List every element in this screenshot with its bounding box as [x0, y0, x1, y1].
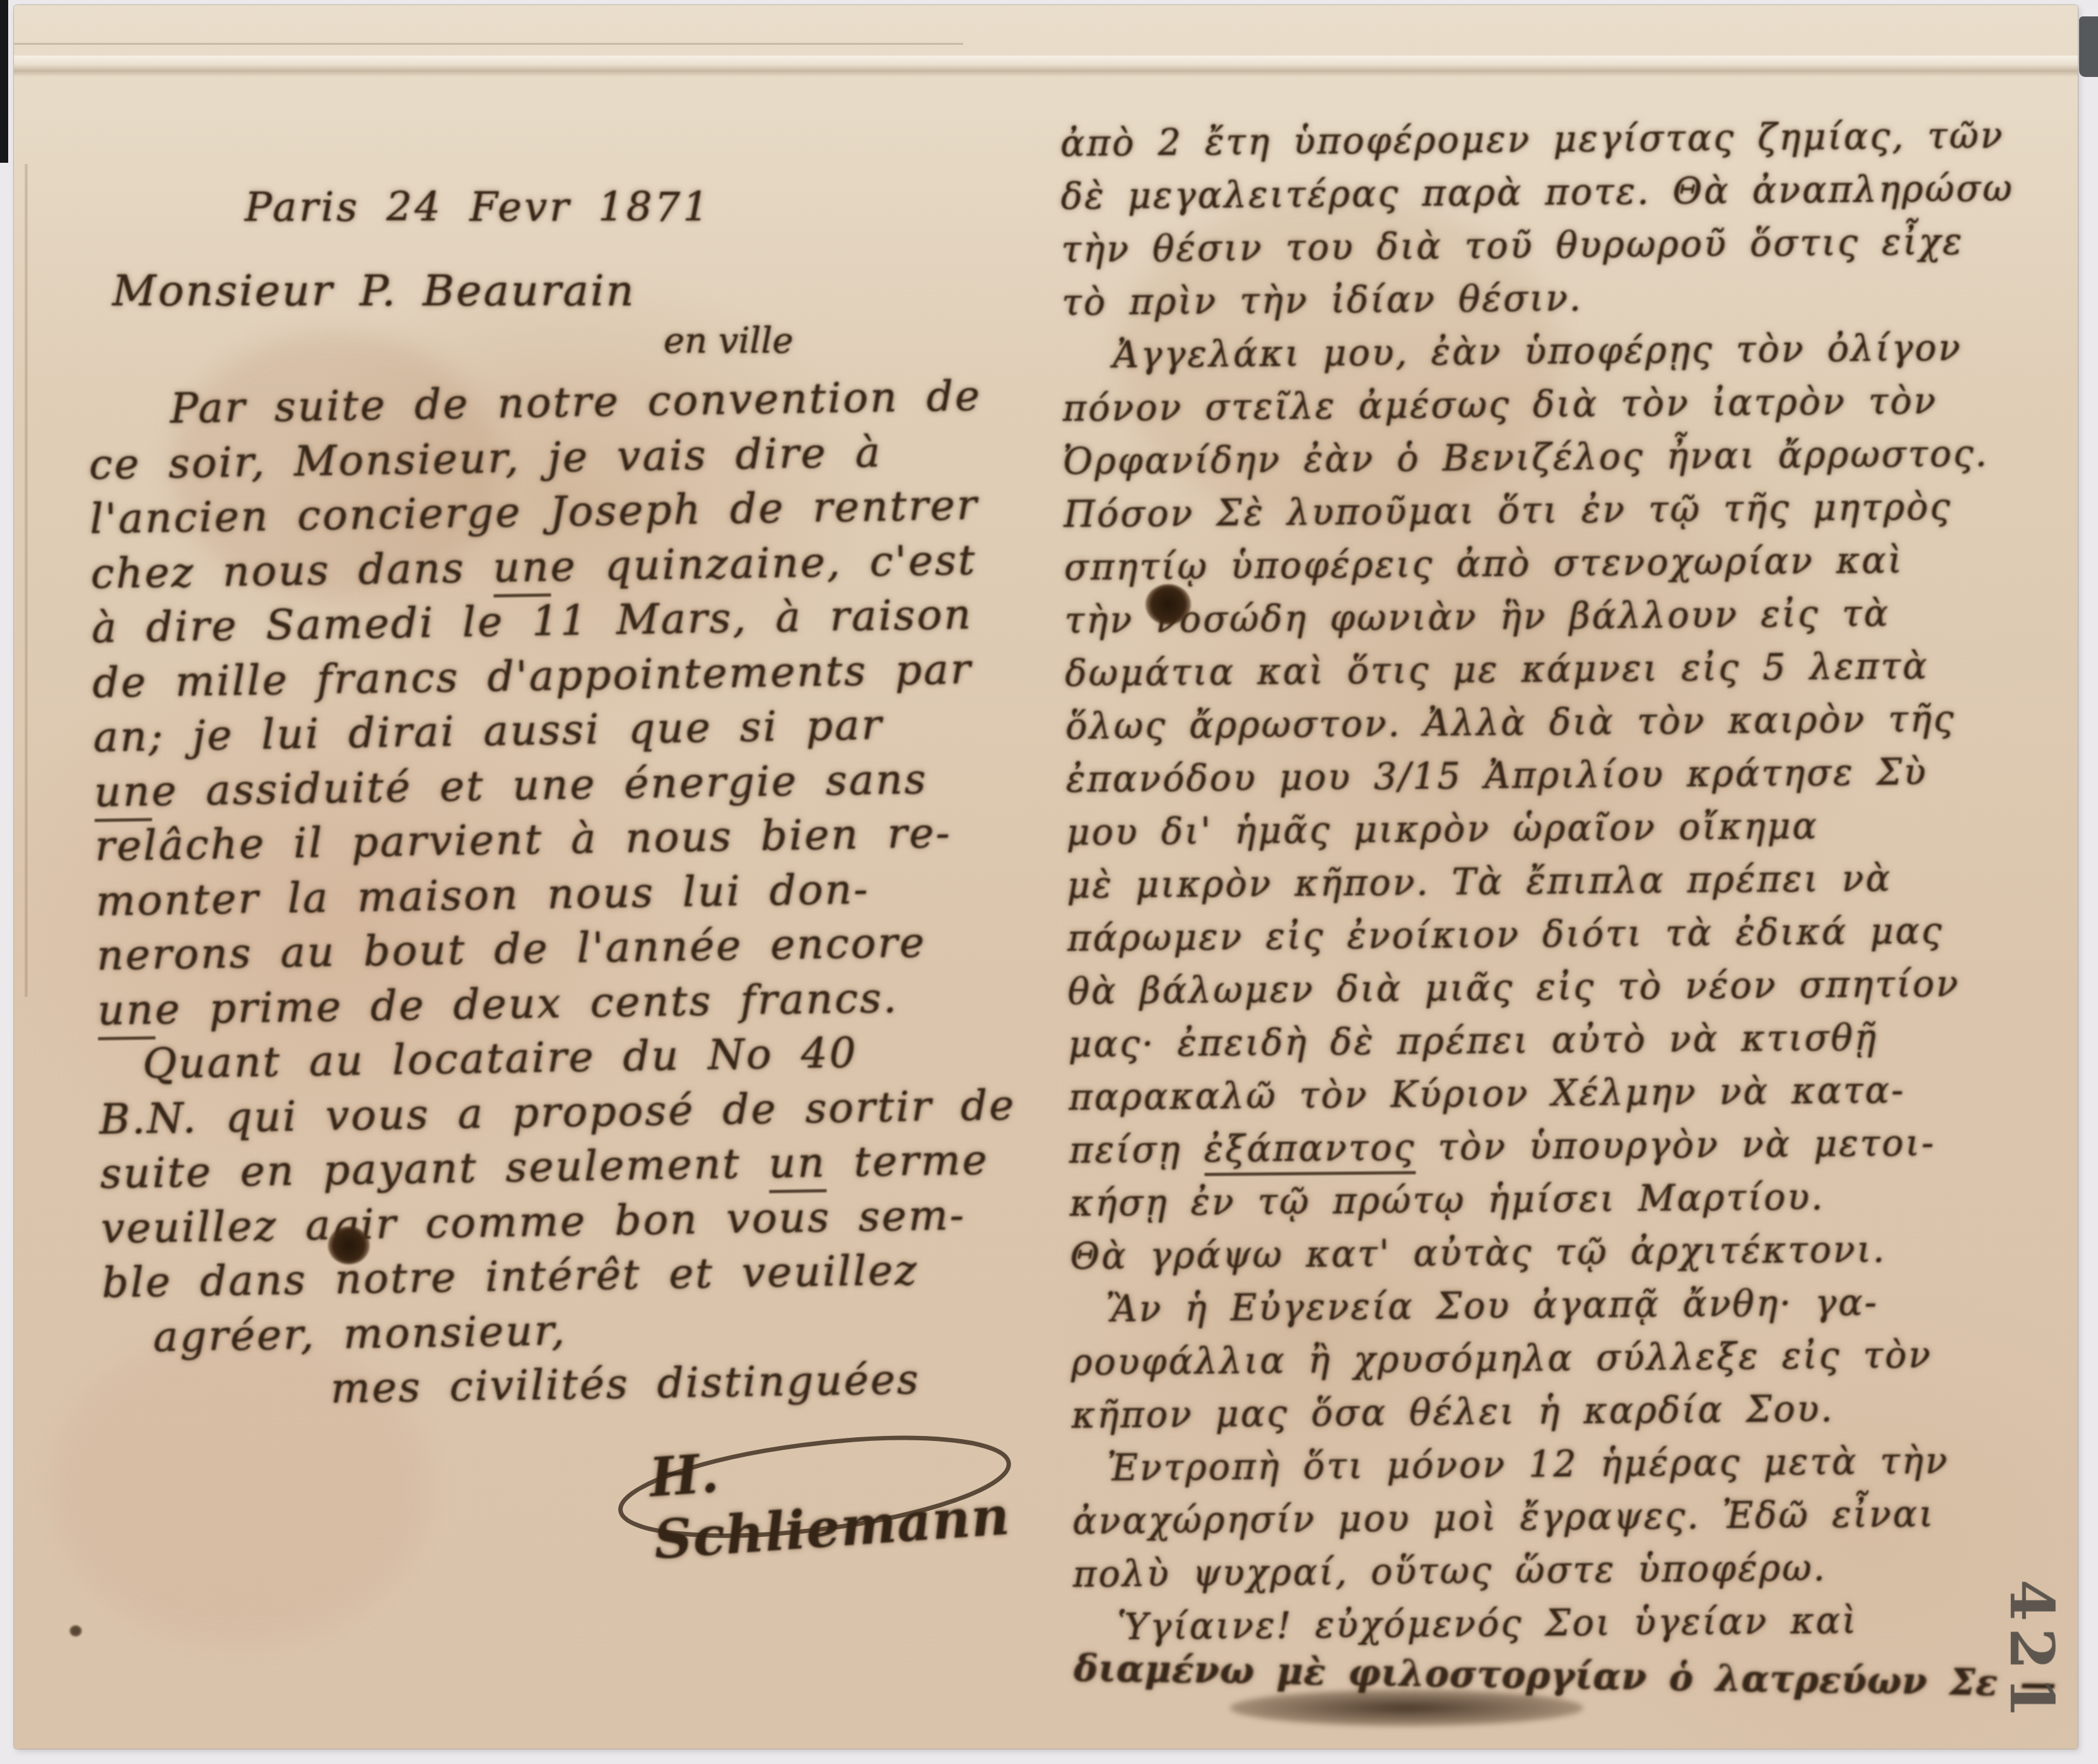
- underlined-word: un: [94, 767, 152, 822]
- french-line-8: une assiduité et une énergie sans: [94, 754, 929, 818]
- ink-blot: [1146, 584, 1191, 625]
- french-line-4: chez nous dans une quinzaine, c'est: [90, 535, 977, 599]
- greek-line-23: Ἂν ἡ Εὐγενεία Σου ἀγαπᾷ ἄνθη· γα-: [1106, 1278, 1878, 1334]
- greek-line-1: ἀπὸ 2 ἔτη ὑποφέρομεν μεγίστας ζημίας, τῶ…: [1060, 111, 2005, 168]
- greek-line-29: Ὑγίαινε! εὐχόμενός Σοι ὑγείαν καὶ: [1117, 1596, 1858, 1652]
- french-line-5: à dire Samedi le 11 Mars, à raison: [91, 589, 973, 654]
- ink-smear: [1230, 1690, 1583, 1726]
- greek-line-28: πολὺ ψυχραί, οὕτως ὥστε ὑποφέρω.: [1073, 1544, 1827, 1599]
- underlined-word: un: [768, 1138, 826, 1193]
- greek-line-11: δωμάτια καὶ ὅτις με κάμνει εἰς 5 λεπτὰ: [1065, 642, 1929, 698]
- french-line-11: nerons au bout de l'année encore: [97, 917, 927, 981]
- french-line-17: ble dans notre intérêt et veuillez: [102, 1245, 919, 1308]
- greek-line-25: κῆπον μας ὅσα θέλει ἡ καρδία Σου.: [1071, 1384, 1834, 1440]
- greek-line-3: τὴν θέσιν του διὰ τοῦ θυρωροῦ ὅστις εἶχε: [1061, 218, 1964, 274]
- dateline: Paris 24 Fevr 1871: [245, 184, 711, 231]
- greek-line-24: ρουφάλλια ἢ χρυσόμηλα σύλλεξε εἰς τὸν: [1071, 1331, 1933, 1387]
- paper-crease: [14, 43, 963, 45]
- greek-line-12: ὅλως ἄρρωστον. Ἀλλὰ διὰ τὸν καιρὸν τῆς: [1065, 695, 1956, 751]
- french-line-18: agréer, monsieur,: [153, 1305, 566, 1362]
- page-number-stamp: 421: [1953, 1597, 2092, 1749]
- greek-line-15: μὲ μικρὸν κῆπον. Τὰ ἔπιπλα πρέπει νὰ: [1067, 854, 1892, 910]
- french-line-12: une prime de deux cents francs.: [97, 973, 899, 1036]
- paper-fold-shadow: [24, 164, 28, 997]
- french-line-10: monter la maison nous lui don-: [95, 864, 870, 927]
- scanner-edge-mark: [2079, 16, 2098, 77]
- greek-line-6: πόνον στεῖλε ἀμέσως διὰ τὸν ἰατρὸν τὸν: [1063, 377, 1938, 433]
- ink-blot: [328, 1226, 370, 1264]
- french-line-15: suite en payant seulement un terme: [100, 1135, 989, 1199]
- greek-line-7: Ὀρφανίδην ἐὰν ὁ Βενιζέλος ἦναι ἄρρωστος.: [1063, 429, 1989, 486]
- greek-line-18: μας· ἐπειδὴ δὲ πρέπει αὐτὸ νὰ κτισθῇ: [1068, 1013, 1878, 1069]
- greek-line-19: παρακαλῶ τὸν Κύριον Χέλμην νὰ κατα-: [1069, 1066, 1906, 1122]
- greek-line-8: Πόσον Σὲ λυποῦμαι ὅτι ἐν τῷ τῆς μητρὸς: [1064, 483, 1952, 539]
- greek-line-16: πάρωμεν εἰς ἐνοίκιον διότι τὰ ἐδικά μας: [1067, 907, 1944, 963]
- greek-line-22: Θὰ γράψω κατ' αὐτὰς τῷ ἀρχιτέκτονι.: [1070, 1225, 1886, 1281]
- scanner-edge-mark: [0, 0, 8, 163]
- greek-line-5: Ἀγγελάκι μου, ἐὰν ὑποφέρῃς τὸν ὀλίγον: [1113, 324, 1962, 380]
- greek-line-30: διαμένω μὲ φιλοστοργίαν ὁ λατρεύων Σε —: [1074, 1644, 2057, 1708]
- greek-line-2: δὲ μεγαλειτέρας παρὰ ποτε. Θὰ ἀναπληρώσω: [1061, 164, 2014, 221]
- underlined-word: un: [97, 985, 155, 1040]
- ink-blot: [69, 1625, 82, 1637]
- recipient-location: en ville: [664, 320, 794, 362]
- french-line-9: relâche il parvient à nous bien re-: [95, 808, 952, 872]
- greek-line-14: μου δι' ἡμᾶς μικρὸν ὡραῖον οἴκημα: [1066, 802, 1819, 857]
- greek-page-body: ἀπὸ 2 ἔτη ὑποφέρομεν μεγίστας ζημίας, τῶ…: [1060, 110, 2083, 1734]
- french-line-13: Quant au locataire du No 40: [143, 1028, 859, 1090]
- paper-crease: [14, 56, 2078, 77]
- french-line-2: ce soir, Monsieur, je vais dire à: [89, 427, 882, 490]
- french-page-body: Par suite de notre convention dece soir,…: [88, 370, 1063, 1420]
- greek-line-17: θὰ βάλωμεν διὰ μιᾶς εἰς τὸ νέον σπητίον: [1068, 960, 1960, 1016]
- underlined-word: ἐξάπαντος: [1204, 1127, 1416, 1176]
- greek-line-21: κήσῃ ἐν τῷ πρώτῳ ἡμίσει Μαρτίου.: [1070, 1173, 1825, 1228]
- signature-block: H. Schliemann: [601, 1390, 1039, 1558]
- page-number-value: 421: [1996, 1579, 2068, 1724]
- french-line-14: B.N. qui vous a proposé de sortir de: [99, 1080, 1016, 1145]
- greek-line-13: ἐπανόδου μου 3/15 Ἀπριλίου κράτησε Σὺ: [1066, 748, 1928, 804]
- scanned-letter-image: Paris 24 Fevr 1871 Monsieur P. Beaurain …: [0, 0, 2098, 1764]
- underlined-word: un: [493, 543, 551, 597]
- french-line-16: veuillez agir comme bon vous sem-: [101, 1190, 966, 1254]
- greek-line-26: Ἐντροπὴ ὅτι μόνον 12 ἡμέρας μετὰ τὴν: [1107, 1437, 1949, 1493]
- greek-line-9: σπητίῳ ὑποφέρεις ἀπὸ στενοχωρίαν καὶ: [1064, 536, 1904, 592]
- french-line-6: de mille francs d'appointements par: [92, 644, 973, 709]
- french-line-7: an; je lui dirai aussi que si par: [93, 700, 883, 763]
- recipient-line: Monsieur P. Beaurain: [112, 266, 636, 316]
- greek-line-4: τὸ πρὶν τὴν ἰδίαν θέσιν.: [1062, 274, 1583, 327]
- greek-line-27: ἀναχώρησίν μου μοὶ ἔγραψες. Ἐδῶ εἶναι: [1072, 1490, 1935, 1546]
- french-line-3: l'ancien concierge Joseph de rentrer: [90, 480, 979, 544]
- greek-line-20: πείσῃ ἐξάπαντος τὸν ὑπουργὸν νὰ μετοι-: [1069, 1119, 1936, 1175]
